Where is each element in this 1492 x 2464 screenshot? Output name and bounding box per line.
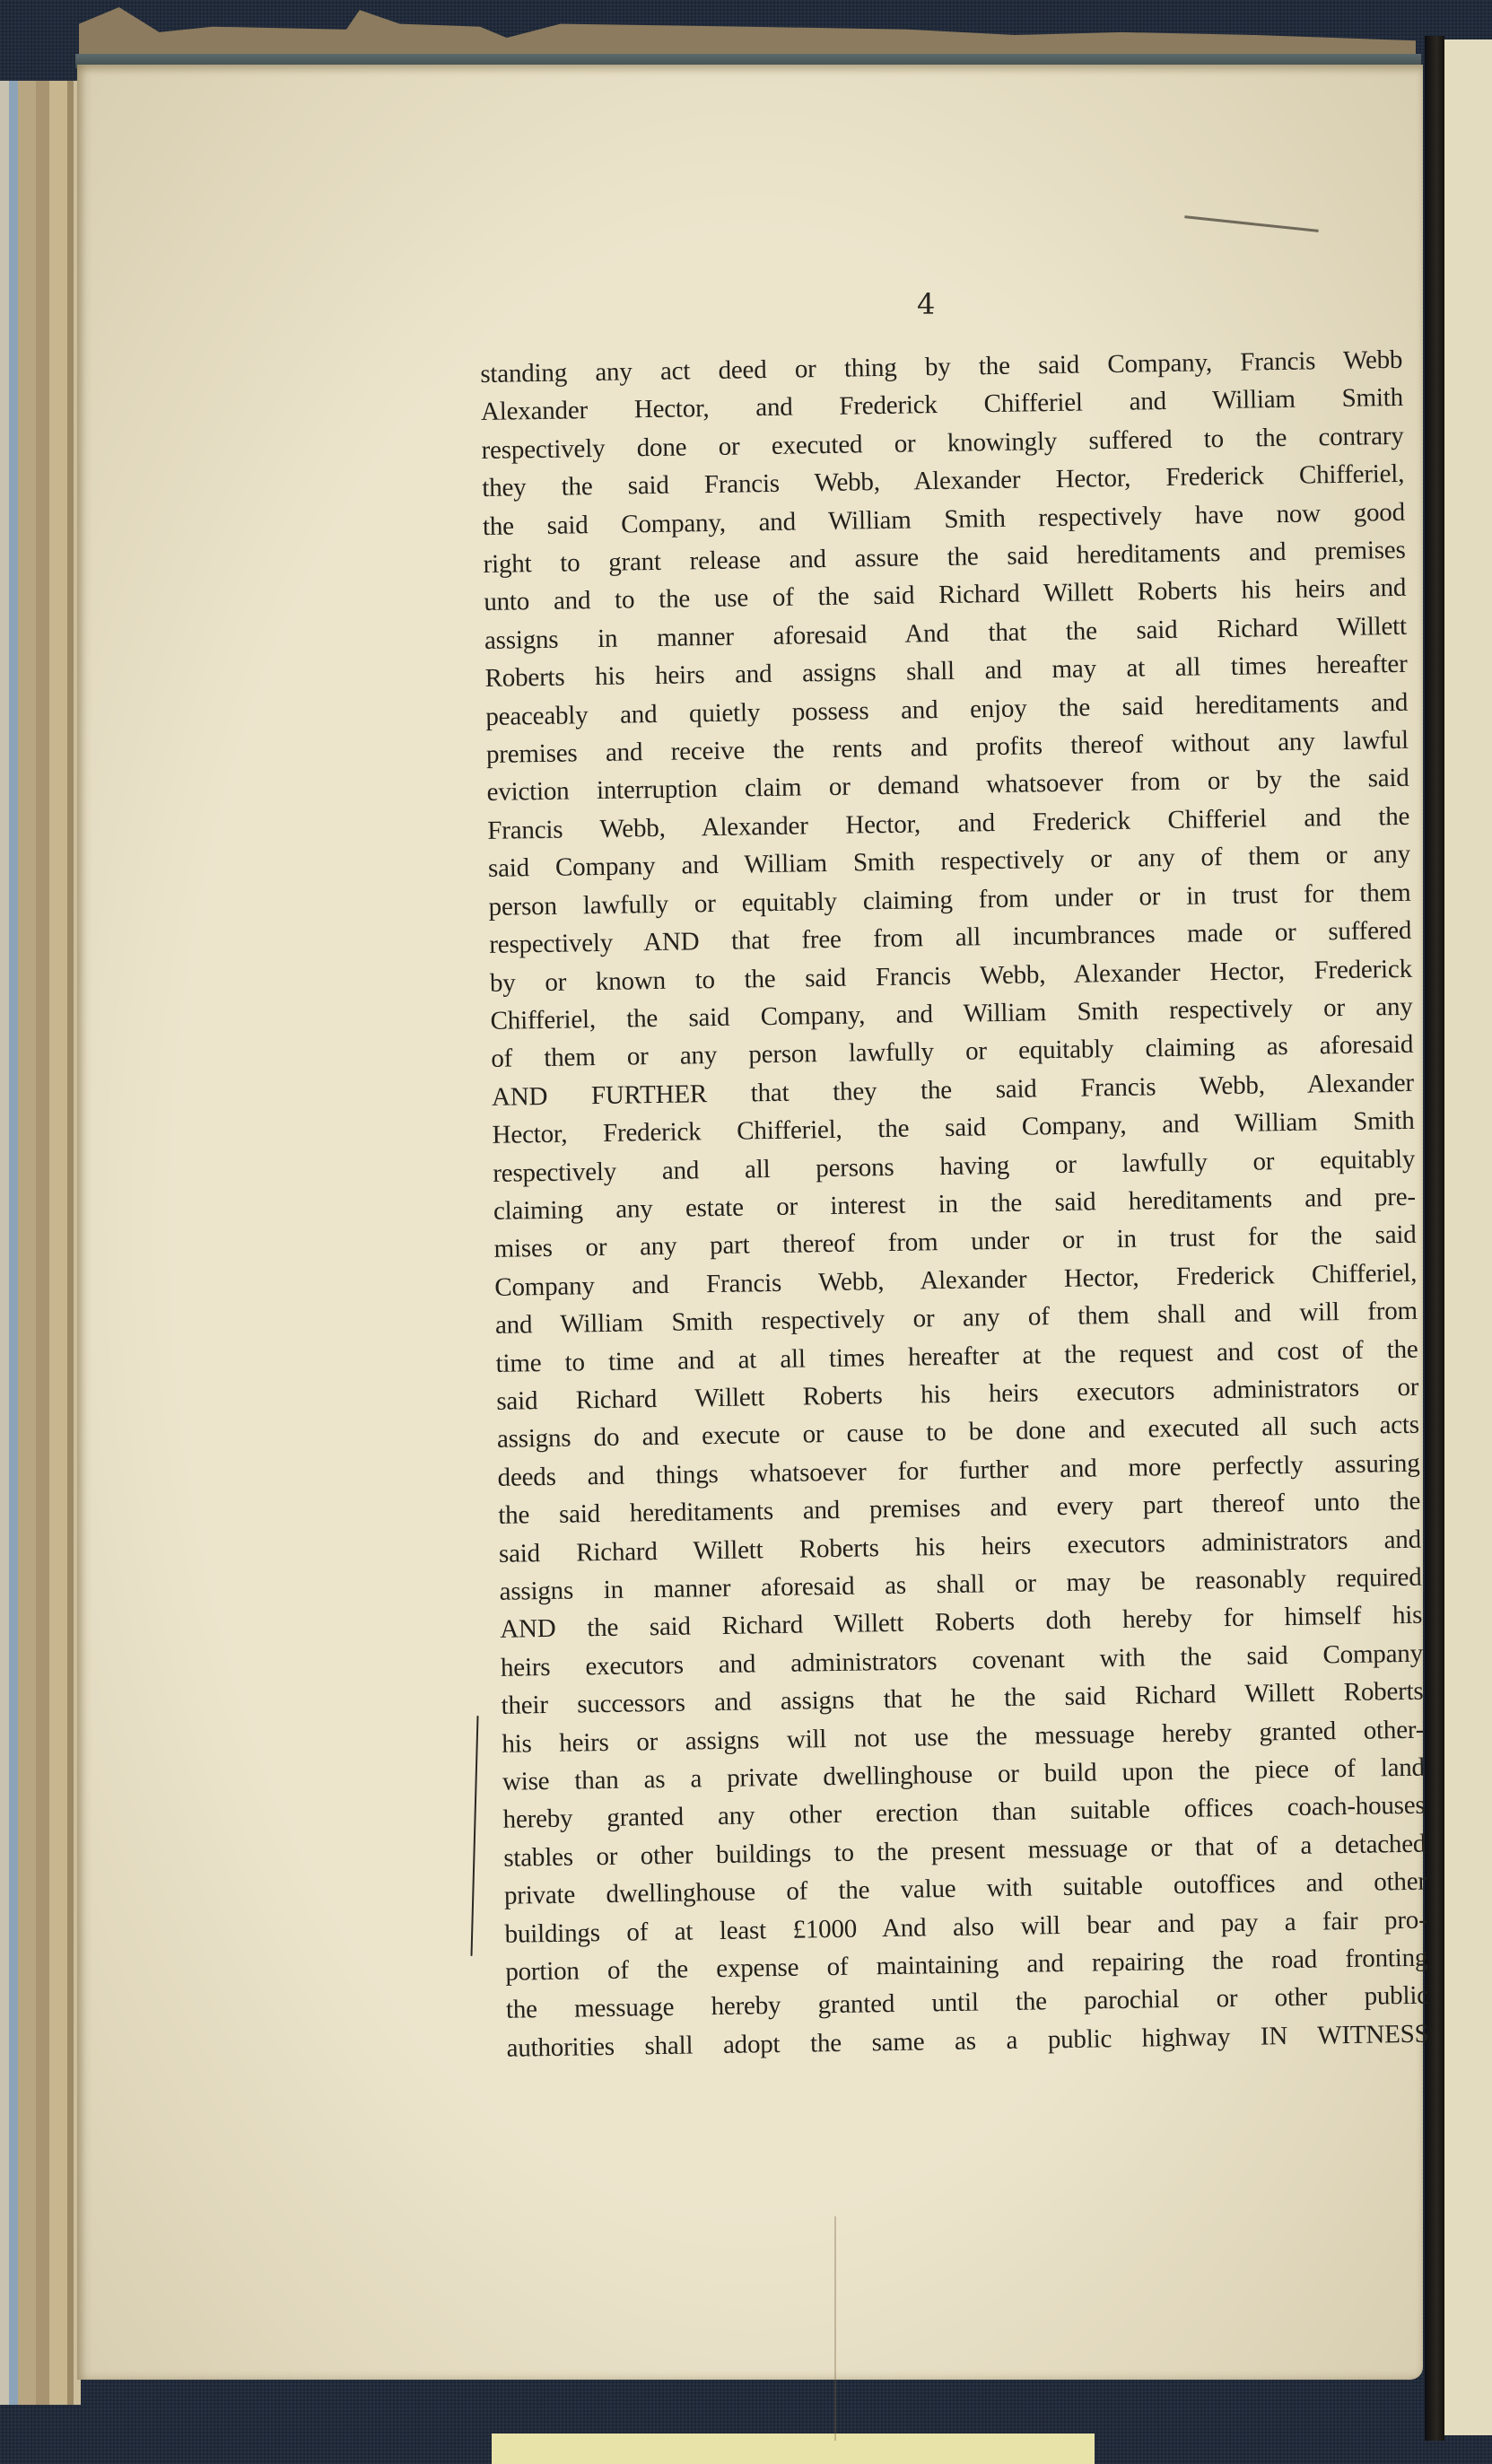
deed-text-body: standing any act deed or thing by the sa… xyxy=(480,341,1429,2067)
adjacent-page-edge xyxy=(1444,39,1492,2435)
page-edges-stack xyxy=(0,81,81,2405)
paper-tab-marker xyxy=(492,2433,1095,2464)
page-number: 4 xyxy=(917,287,935,321)
paper-crease xyxy=(834,2216,836,2441)
book-gutter xyxy=(1425,36,1444,2441)
